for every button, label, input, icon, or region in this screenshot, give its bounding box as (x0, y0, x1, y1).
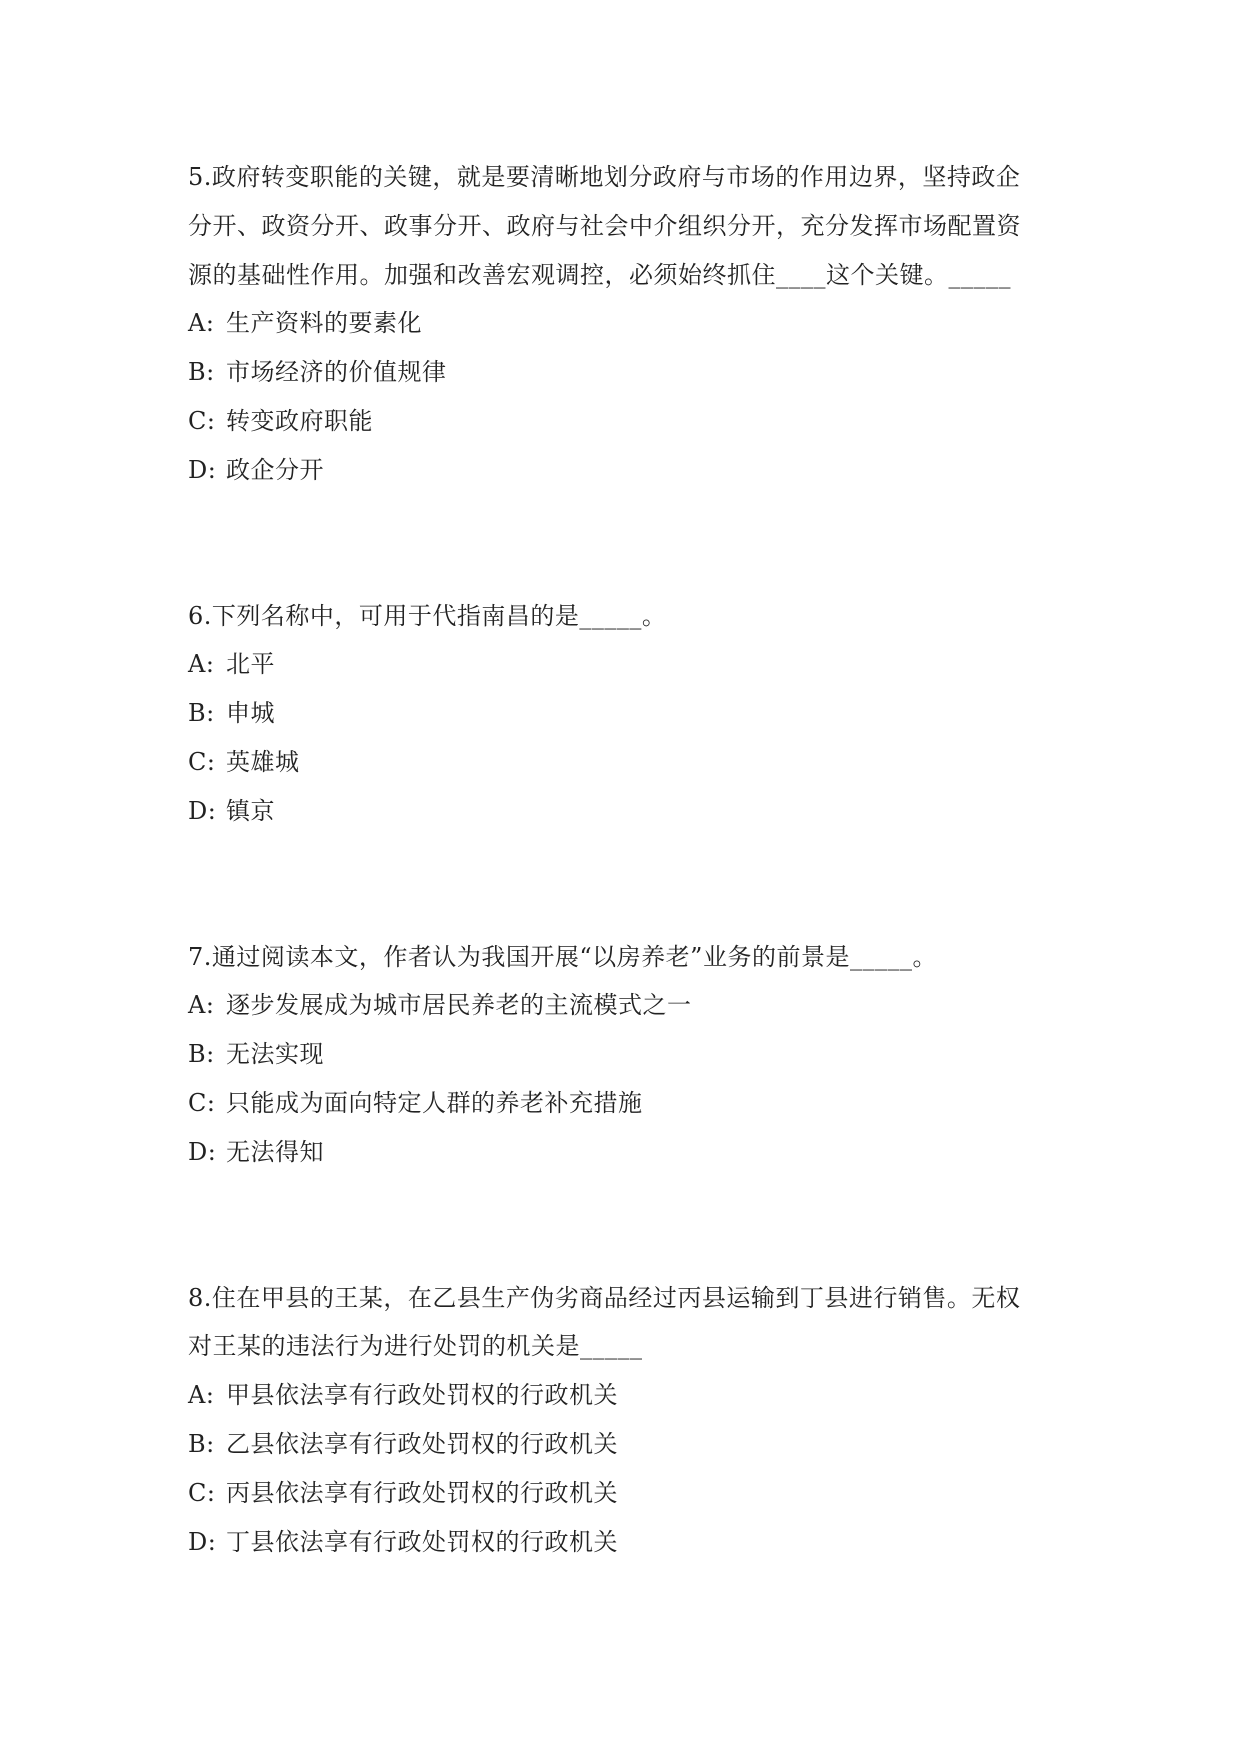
option-text: 乙县依法享有行政处罚权的行政机关 (226, 1430, 618, 1458)
option-key: C: (188, 738, 226, 787)
option-c: C:英雄城 (188, 738, 1048, 787)
option-key: A: (188, 640, 226, 689)
stem-text: 通过阅读本文，作者认为我国开展“以房养老”业务的前景是_____。 (212, 943, 937, 971)
option-a: A:生产资料的要素化 (188, 299, 1048, 348)
option-key: A: (188, 299, 226, 348)
question-stem-line: 源的基础性作用。加强和改善宏观调控，必须始终抓住____这个关键。_____ (188, 251, 1048, 300)
option-text: 市场经济的价值规律 (226, 358, 447, 386)
option-b: B:无法实现 (188, 1030, 1048, 1079)
question-stem-line: 5.政府转变职能的关键，就是要清晰地划分政府与市场的作用边界，坚持政企 (188, 153, 1048, 202)
question-6: 6.下列名称中，可用于代指南昌的是_____。 A:北平 B:申城 C:英雄城 … (188, 592, 1048, 836)
option-key: B: (188, 689, 226, 738)
option-b: B:乙县依法享有行政处罚权的行政机关 (188, 1420, 1048, 1469)
option-key: D: (188, 787, 226, 836)
option-c: C:只能成为面向特定人群的养老补充措施 (188, 1079, 1048, 1128)
option-d: D:政企分开 (188, 446, 1048, 495)
option-text: 生产资料的要素化 (226, 309, 422, 337)
question-stem-line: 7.通过阅读本文，作者认为我国开展“以房养老”业务的前景是_____。 (188, 933, 1048, 982)
question-number: 8. (188, 1284, 212, 1312)
stem-text: 政府转变职能的关键，就是要清晰地划分政府与市场的作用边界，坚持政企 (212, 163, 1021, 191)
option-d: D:无法得知 (188, 1128, 1048, 1177)
option-text: 北平 (226, 650, 275, 678)
question-8: 8.住在甲县的王某，在乙县生产伪劣商品经过丙县运输到丁县进行销售。无权 对王某的… (188, 1274, 1048, 1567)
option-key: C: (188, 1079, 226, 1128)
option-text: 申城 (226, 699, 275, 727)
question-number: 5. (188, 163, 212, 191)
option-key: C: (188, 397, 226, 446)
option-key: D: (188, 446, 226, 495)
question-stem-line: 对王某的违法行为进行处罚的机关是_____ (188, 1322, 1048, 1371)
option-text: 政企分开 (226, 456, 324, 484)
option-text: 只能成为面向特定人群的养老补充措施 (226, 1089, 643, 1117)
option-text: 镇京 (226, 797, 275, 825)
option-d: D:镇京 (188, 787, 1048, 836)
option-text: 英雄城 (226, 748, 300, 776)
option-text: 丁县依法享有行政处罚权的行政机关 (226, 1528, 618, 1556)
option-key: D: (188, 1518, 226, 1567)
option-c: C:丙县依法享有行政处罚权的行政机关 (188, 1469, 1048, 1518)
option-text: 转变政府职能 (226, 407, 373, 435)
option-c: C:转变政府职能 (188, 397, 1048, 446)
option-a: A:甲县依法享有行政处罚权的行政机关 (188, 1371, 1048, 1420)
option-key: B: (188, 1030, 226, 1079)
option-key: A: (188, 1371, 226, 1420)
option-text: 丙县依法享有行政处罚权的行政机关 (226, 1479, 618, 1507)
option-key: C: (188, 1469, 226, 1518)
option-text: 无法得知 (226, 1138, 324, 1166)
option-key: B: (188, 348, 226, 397)
question-7: 7.通过阅读本文，作者认为我国开展“以房养老”业务的前景是_____。 A:逐步… (188, 933, 1048, 1177)
option-key: A: (188, 981, 226, 1030)
option-key: D: (188, 1128, 226, 1177)
option-b: B:申城 (188, 689, 1048, 738)
option-text: 逐步发展成为城市居民养老的主流模式之一 (226, 991, 692, 1019)
option-b: B:市场经济的价值规律 (188, 348, 1048, 397)
question-5: 5.政府转变职能的关键，就是要清晰地划分政府与市场的作用边界，坚持政企 分开、政… (188, 153, 1048, 495)
question-number: 6. (188, 602, 212, 630)
option-d: D:丁县依法享有行政处罚权的行政机关 (188, 1518, 1048, 1567)
option-key: B: (188, 1420, 226, 1469)
option-a: A:逐步发展成为城市居民养老的主流模式之一 (188, 981, 1048, 1030)
question-number: 7. (188, 943, 212, 971)
question-stem-line: 6.下列名称中，可用于代指南昌的是_____。 (188, 592, 1048, 641)
question-stem-line: 分开、政资分开、政事分开、政府与社会中介组织分开，充分发挥市场配置资 (188, 202, 1048, 251)
exam-page: 5.政府转变职能的关键，就是要清晰地划分政府与市场的作用边界，坚持政企 分开、政… (188, 153, 1048, 1663)
stem-text: 住在甲县的王某，在乙县生产伪劣商品经过丙县运输到丁县进行销售。无权 (212, 1284, 1021, 1312)
option-text: 无法实现 (226, 1040, 324, 1068)
option-a: A:北平 (188, 640, 1048, 689)
option-text: 甲县依法享有行政处罚权的行政机关 (226, 1381, 618, 1409)
question-stem-line: 8.住在甲县的王某，在乙县生产伪劣商品经过丙县运输到丁县进行销售。无权 (188, 1274, 1048, 1323)
stem-text: 下列名称中，可用于代指南昌的是_____。 (212, 602, 667, 630)
